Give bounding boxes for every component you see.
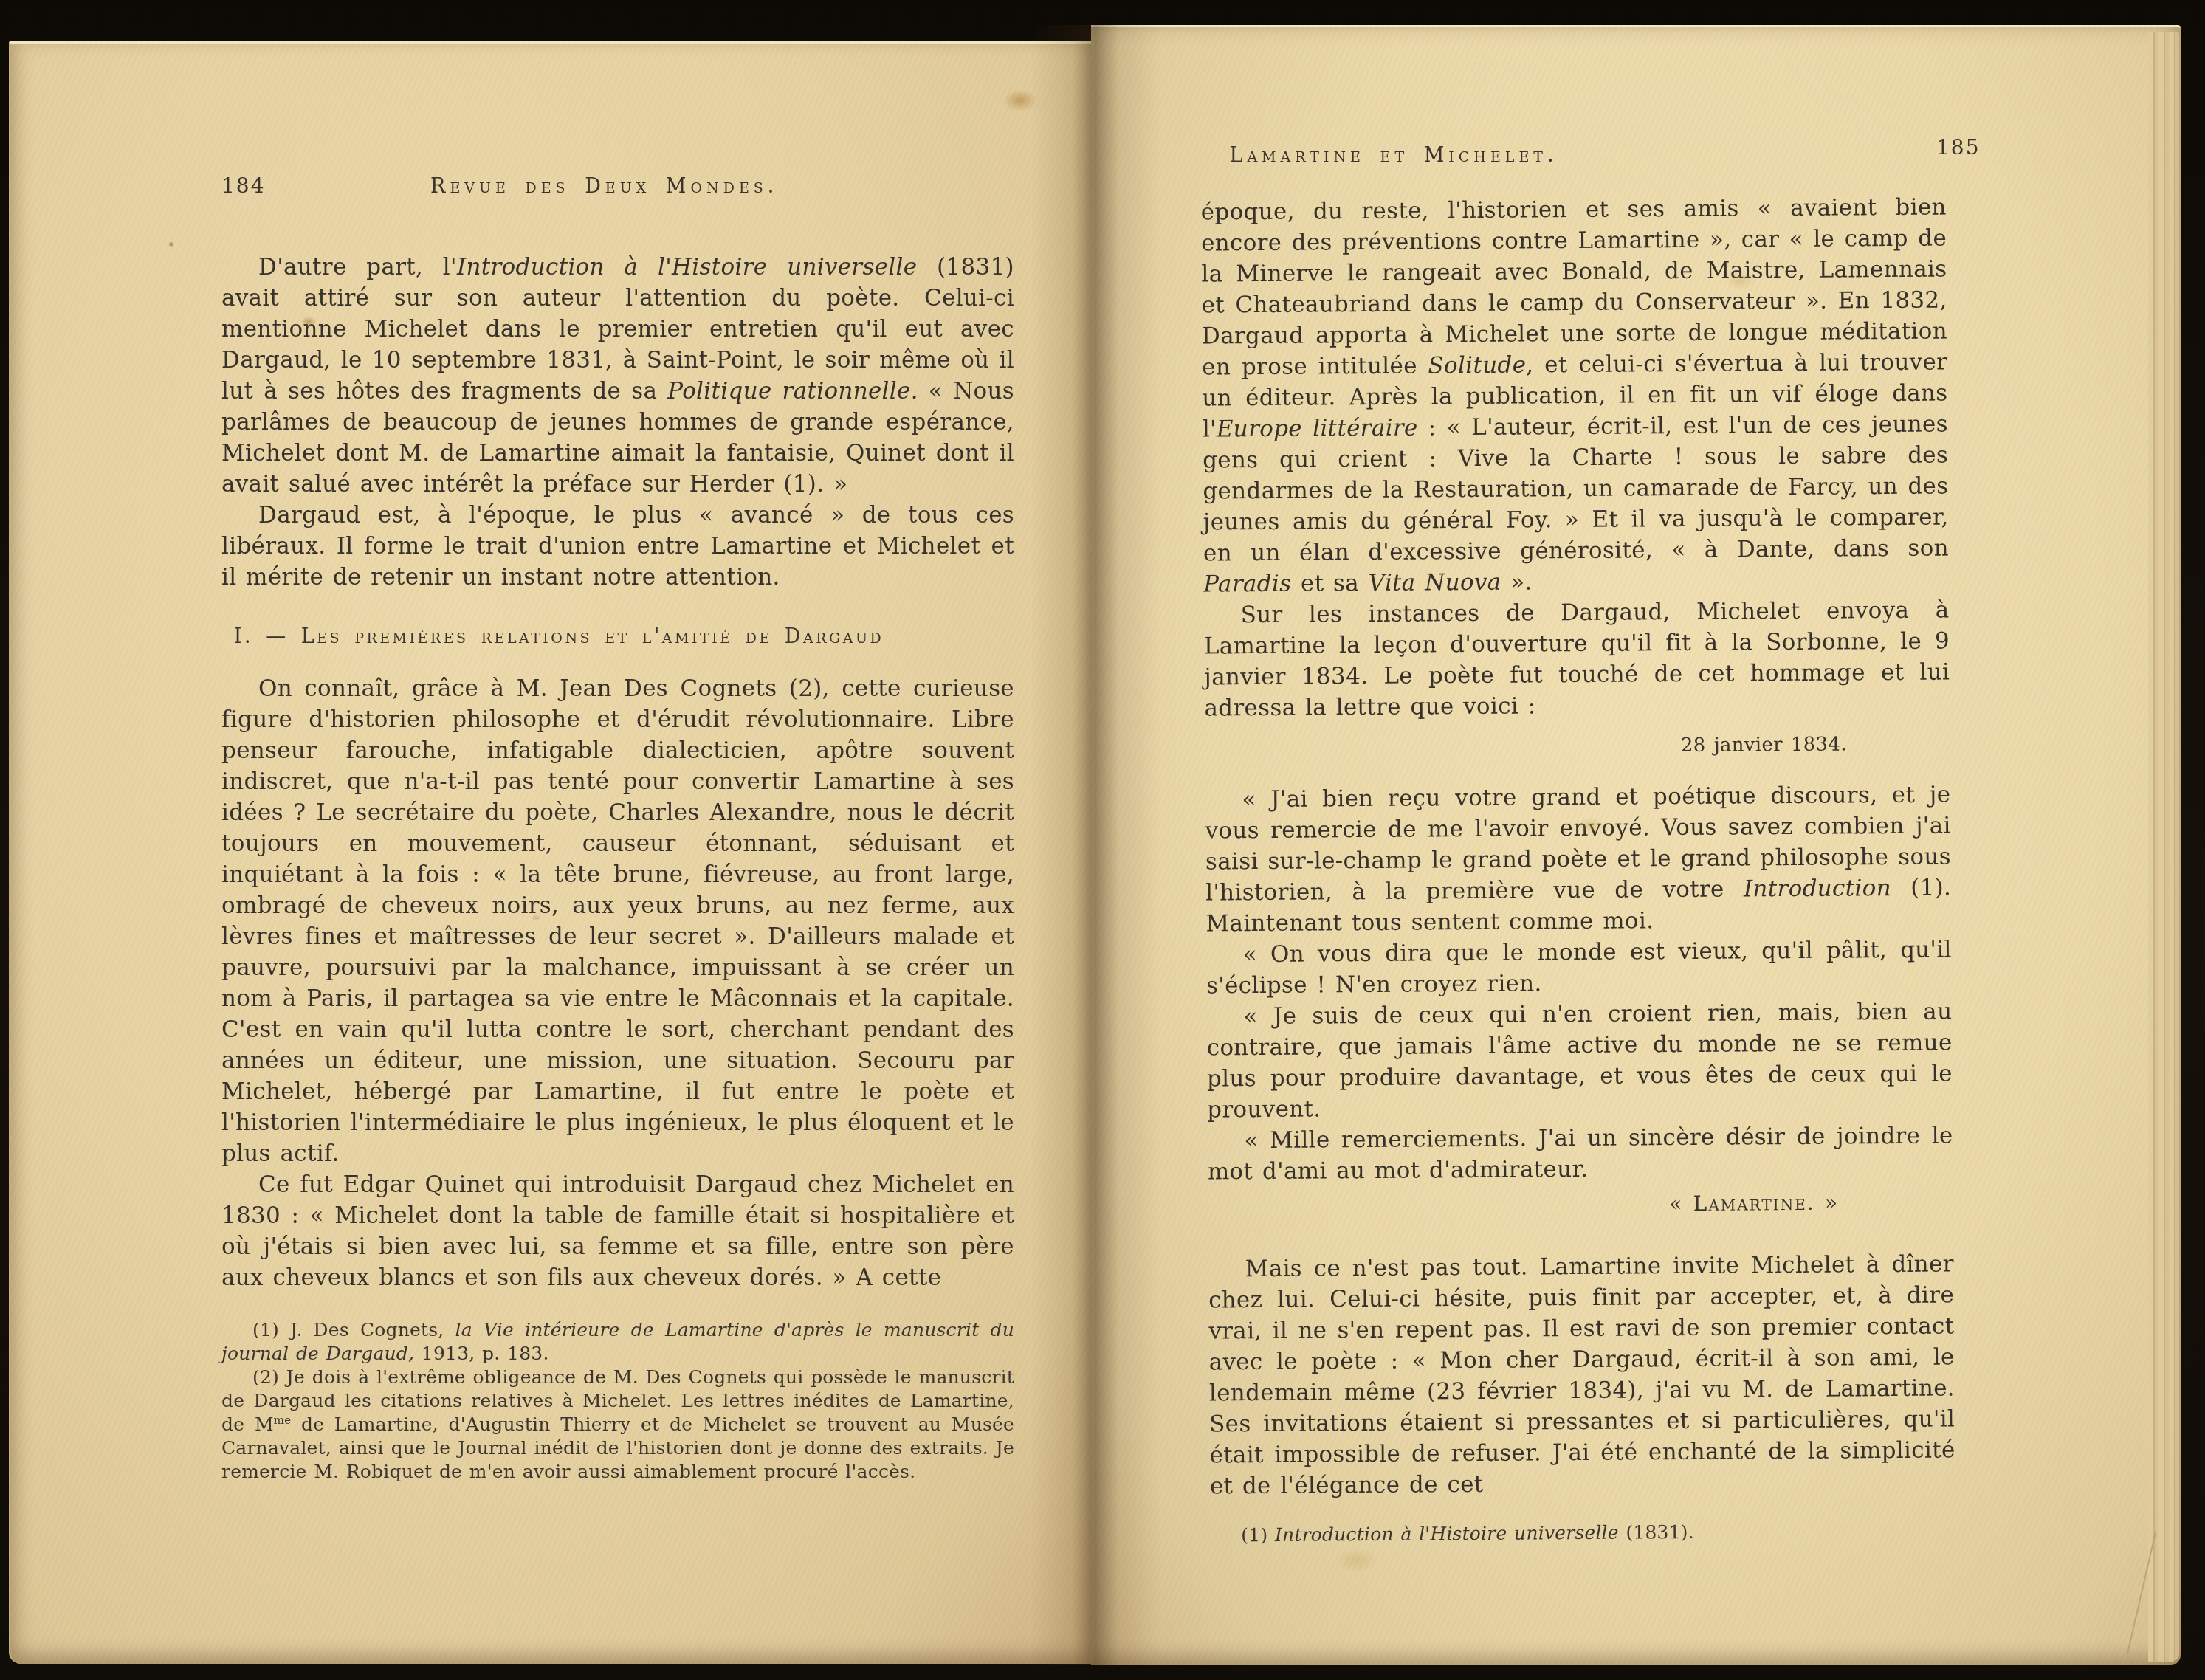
footnotes: (1) J. Des Cognets, la Vie intérieure de… bbox=[221, 1318, 1014, 1484]
letter-signature: « Lamartine. » bbox=[1208, 1188, 1953, 1221]
paragraph: Dargaud est, à l'époque, le plus « avanc… bbox=[221, 500, 1014, 593]
running-header: Revue des Deux Mondes. bbox=[230, 175, 979, 198]
paragraph: époque, du reste, l'historien et ses ami… bbox=[1201, 191, 1950, 599]
page-right: Lamartine et Michelet. 185 époque, du re… bbox=[1091, 25, 2181, 1665]
paper-stain bbox=[1335, 1548, 1379, 1573]
paragraph: Sur les instances de Dargaud, Michelet e… bbox=[1203, 594, 1950, 723]
letter-paragraph: « Mille remerciements. J'ai un sincère d… bbox=[1207, 1120, 1953, 1187]
running-header: Lamartine et Michelet. bbox=[1021, 144, 1767, 167]
page-right-header: Lamartine et Michelet. 185 bbox=[1205, 144, 1951, 167]
section-heading: I. — Les premières relations et l'amitié… bbox=[162, 625, 955, 648]
paragraph: Mais ce n'est pas tout. Lamartine invite… bbox=[1208, 1248, 1955, 1501]
letter-paragraph: « Je suis de ceux qui n'en croient rien,… bbox=[1206, 996, 1953, 1125]
page-left: 184 Revue des Deux Mondes. D'autre part,… bbox=[9, 41, 1091, 1664]
paper-stain bbox=[1003, 89, 1037, 111]
page-right-body: époque, du reste, l'historien et ses ami… bbox=[1201, 191, 1956, 1547]
book-scan: 184 Revue des Deux Mondes. D'autre part,… bbox=[0, 0, 2205, 1680]
page-left-body: D'autre part, l'Introduction à l'Histoir… bbox=[221, 252, 1014, 1484]
paper-speck bbox=[168, 241, 174, 247]
page-edge-stack bbox=[2148, 32, 2179, 1662]
letter-paragraph: « On vous dira que le monde est vieux, q… bbox=[1206, 934, 1953, 1001]
page-number: 185 bbox=[1936, 135, 1980, 159]
footnote: (1) J. Des Cognets, la Vie intérieure de… bbox=[221, 1318, 1014, 1366]
paragraph: Ce fut Edgar Quinet qui introduisit Darg… bbox=[221, 1169, 1014, 1293]
footnote: (2) Je dois à l'extrême obligeance de M.… bbox=[221, 1366, 1014, 1484]
paragraph: On connaît, grâce à M. Jean Des Cognets … bbox=[221, 673, 1014, 1169]
footnote: (1) Introduction à l'Histoire universell… bbox=[1210, 1518, 1955, 1547]
footnotes: (1) Introduction à l'Histoire universell… bbox=[1210, 1518, 1955, 1547]
page-left-header: 184 Revue des Deux Mondes. bbox=[221, 173, 1014, 198]
letter-date: 28 janvier 1834. bbox=[1205, 729, 1950, 763]
letter-paragraph: « J'ai bien reçu votre grand et poétique… bbox=[1205, 779, 1951, 939]
paragraph: D'autre part, l'Introduction à l'Histoir… bbox=[221, 252, 1014, 500]
